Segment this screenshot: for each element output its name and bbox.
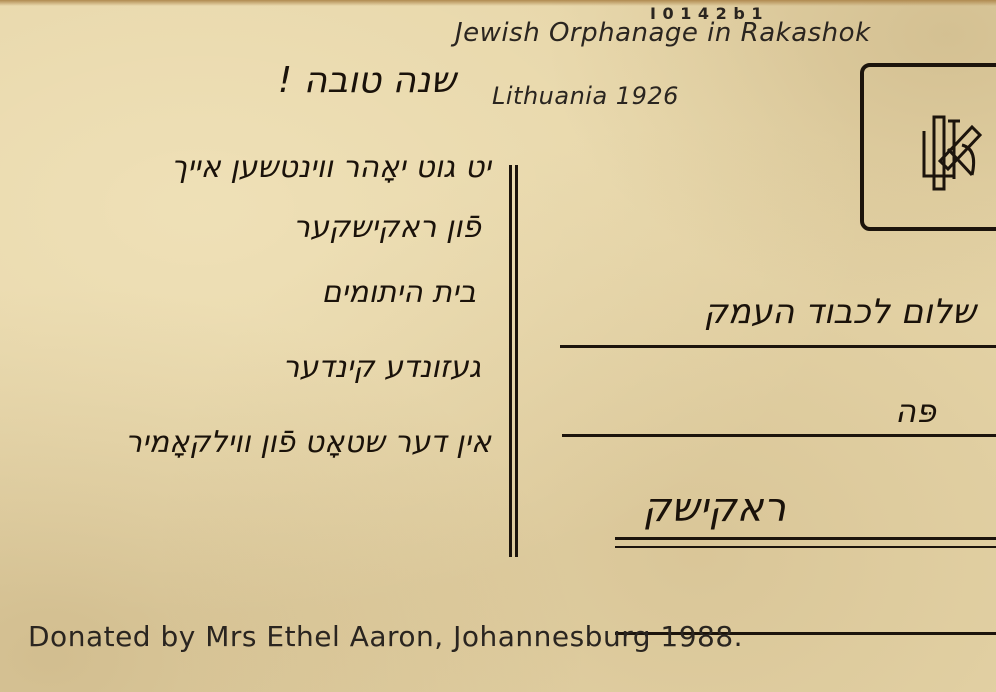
address-rule-3a <box>615 537 996 540</box>
caption-orphanage: Jewish Orphanage in Rakashok <box>455 18 871 48</box>
address-rule-3b <box>615 546 996 548</box>
message-line: אין דער שטאָט פֿון ווילקאָמיר <box>125 425 491 460</box>
address-rule-1 <box>560 345 996 348</box>
message-line: געזונדע קינדער <box>282 350 481 385</box>
address-line-3: ראקישק <box>643 485 786 531</box>
donation-note: Donated by Mrs Ethel Aaron, Johannesburg… <box>28 620 743 653</box>
address-rule-2 <box>562 434 996 437</box>
lk-monogram-icon <box>914 111 984 191</box>
message-line: בית היתומים <box>322 275 477 310</box>
center-divider-line <box>515 165 518 557</box>
message-line: יט גוט יאָהר ווינטשען אייך <box>171 150 491 185</box>
message-greeting: שנה טובה ! <box>278 60 456 101</box>
address-line-1: שלום לכבוד העמק <box>704 292 976 332</box>
paper-top-edge <box>0 0 996 6</box>
center-divider-line <box>509 165 512 557</box>
caption-location-year: Lithuania 1926 <box>492 82 679 110</box>
message-line: פֿון ראקישקער <box>293 210 481 245</box>
stamp-box <box>860 63 996 231</box>
address-line-2: פּה <box>895 392 936 430</box>
